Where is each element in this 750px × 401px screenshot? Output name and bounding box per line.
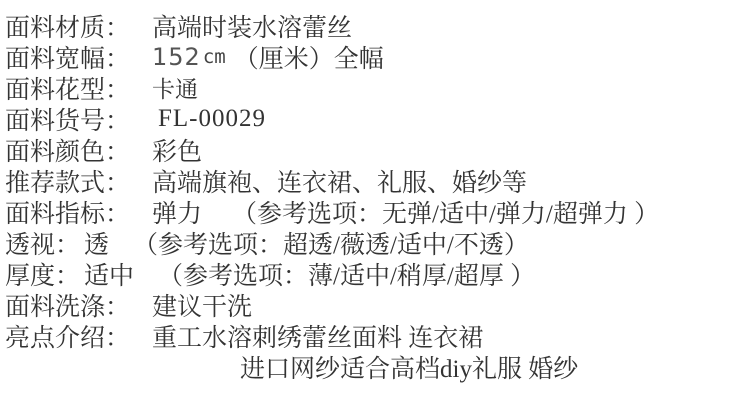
spec-value-width-unit: cm xyxy=(203,46,226,68)
spec-row-transparency: 透视： 透 （参考选项：超透/薇透/适中/不透） xyxy=(5,227,750,258)
spec-row-material: 面料材质： 高端时装水溶蕾丝 xyxy=(5,10,750,41)
spec-footnote: 进口网纱适合高档diy礼服 婚纱 xyxy=(240,349,578,385)
spec-label-highlights: 亮点介绍： xyxy=(5,318,152,354)
spec-list: 面料材质： 高端时装水溶蕾丝 面料宽幅： 152 cm （厘米）全幅 面料花型：… xyxy=(0,0,750,382)
spec-value-width-number: 152 xyxy=(152,43,201,71)
fabric-spec-page: 面料材质： 高端时装水溶蕾丝 面料宽幅： 152 cm （厘米）全幅 面料花型：… xyxy=(0,0,750,401)
spec-row-washing: 面料洗涤： 建议干洗 xyxy=(5,289,750,320)
spec-row-pattern: 面料花型： 卡通 xyxy=(5,72,750,103)
spec-row-highlights: 亮点介绍： 重工水溶刺绣蕾丝面料 连衣裙 xyxy=(5,320,750,351)
spec-value-item-number: FL-00029 xyxy=(158,105,266,133)
spec-footnote-row: 进口网纱适合高档diy礼服 婚纱 xyxy=(5,351,750,382)
spec-row-recommended-styles: 推荐款式： 高端旗袍、连衣裙、礼服、婚纱等 xyxy=(5,165,750,196)
spec-row-color: 面料颜色： 彩色 xyxy=(5,134,750,165)
spec-value-pattern: 卡通 xyxy=(152,71,198,104)
spec-value-width-note: （厘米）全幅 xyxy=(234,39,384,75)
spec-row-item-number: 面料货号： FL-00029 xyxy=(5,103,750,134)
spec-row-width: 面料宽幅： 152 cm （厘米）全幅 xyxy=(5,41,750,72)
spec-row-elasticity: 面料指标： 弹力 （参考选项：无弹/适中/弹力/超弹力 ） xyxy=(5,196,750,227)
spec-row-thickness: 厚度： 适中 （参考选项：薄/适中/稍厚/超厚 ） xyxy=(5,258,750,289)
